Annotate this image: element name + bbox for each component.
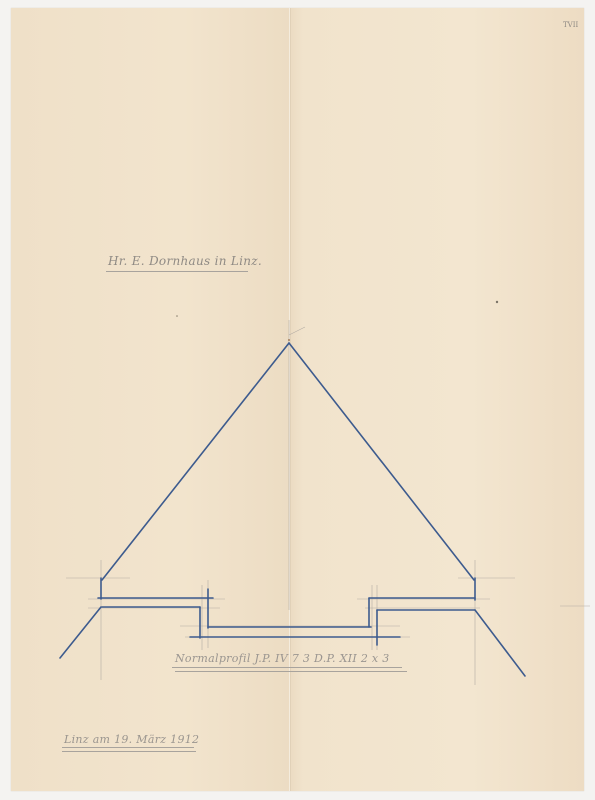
sheet-number: TVII [563,21,578,29]
left-outer-slope [60,607,101,658]
scan-stage: TVII Hr. E. Dornhaus in Linz. Normalprof… [0,0,595,800]
left-rafter [102,343,289,580]
date-underline-1 [62,747,194,748]
date-underline-2 [62,751,196,752]
title-underline [106,271,248,272]
place-date: Linz am 19. März 1912 [64,733,199,746]
right-outer-slope [475,610,525,676]
profile-label: Normalprofil J.P. IV 7 3 D.P. XII 2 x 3 [175,652,390,665]
drawing-title: Hr. E. Dornhaus in Linz. [108,254,262,268]
roof-section-drawing [0,0,595,800]
apex-marker [288,339,290,341]
profile-underline-2 [175,671,407,672]
construction-lines [66,320,590,685]
right-rafter [289,343,474,580]
profile-underline-1 [172,667,402,668]
